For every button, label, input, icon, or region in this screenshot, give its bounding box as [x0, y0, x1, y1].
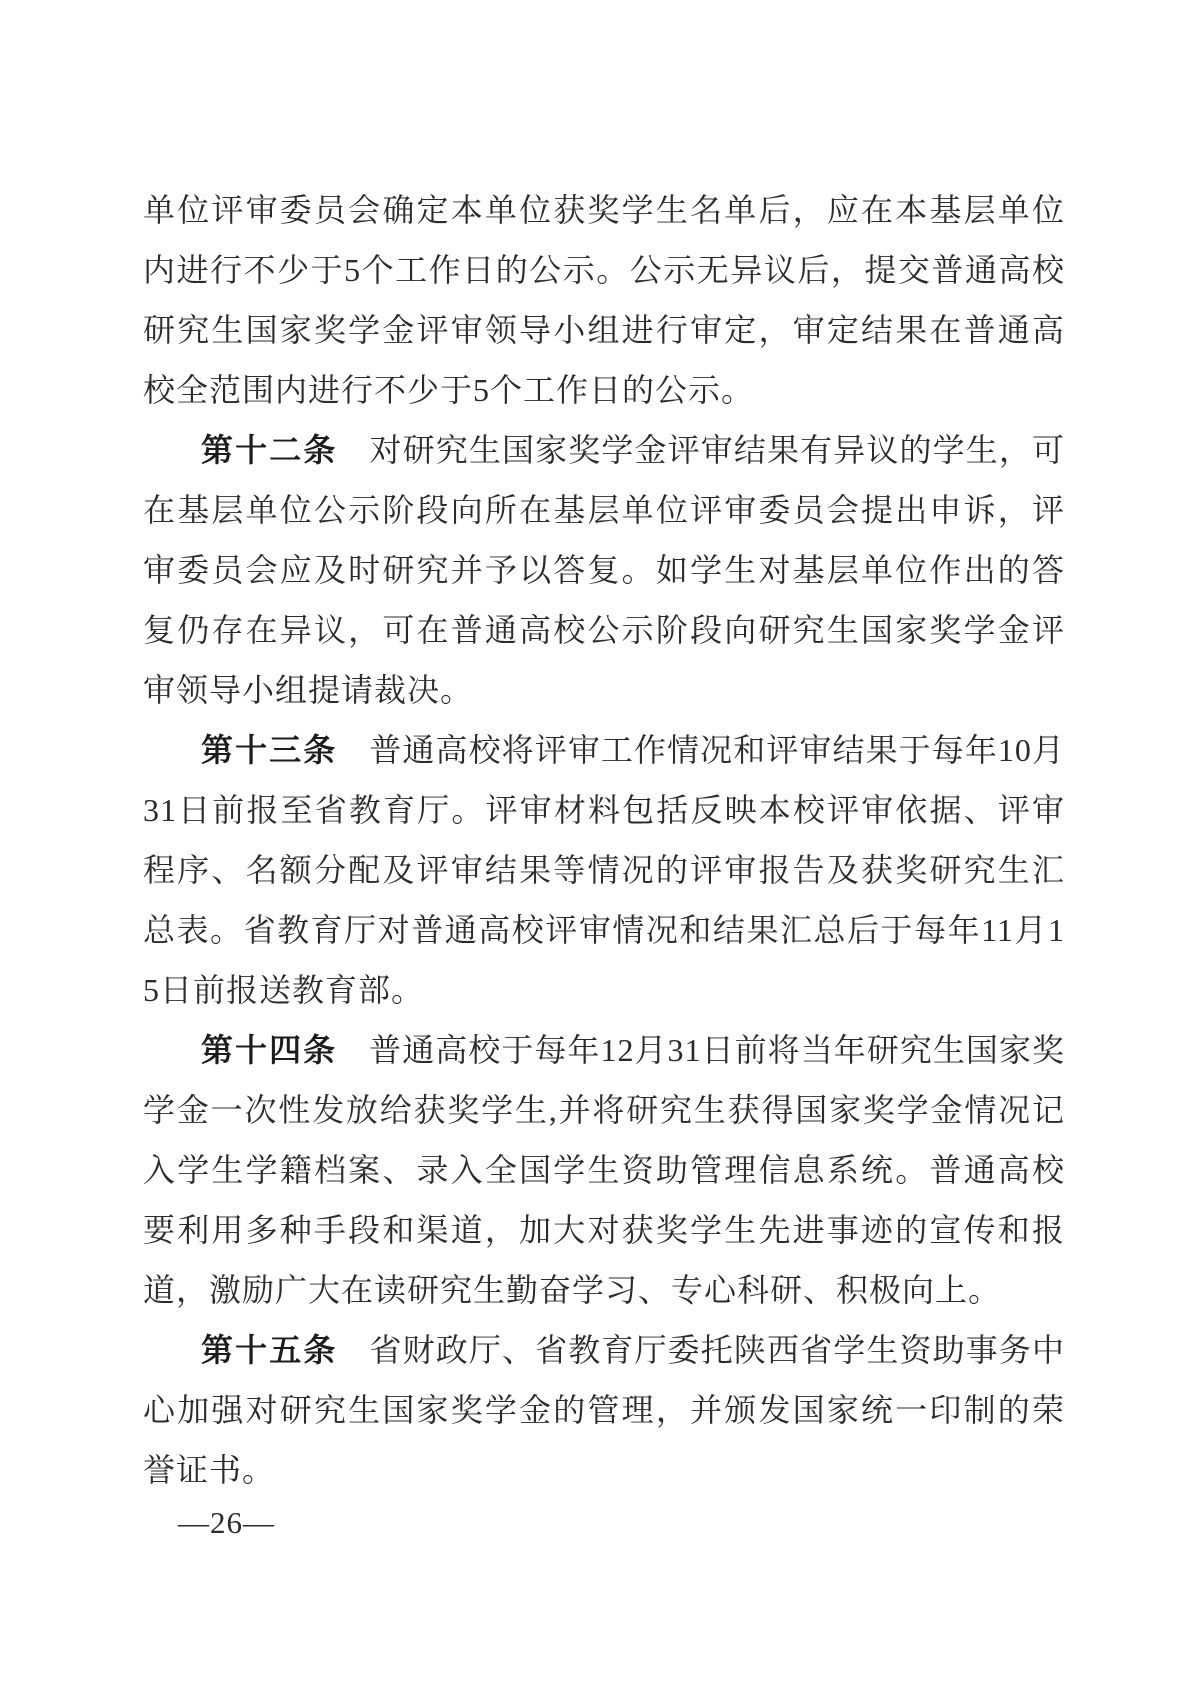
article-number: 第十三条: [201, 732, 337, 768]
document-body: 单位评审委员会确定本单位获奖学生名单后，应在本基层单位内进行不少于5个工作日的公…: [143, 180, 1065, 1500]
page-number: —26—: [178, 1505, 275, 1541]
paragraph-text: 单位评审委员会确定本单位获奖学生名单后，应在本基层单位内进行不少于5个工作日的公…: [143, 192, 1065, 408]
paragraph-article-13: 第十三条普通高校将评审工作情况和评审结果于每年10月31日前报至省教育厅。评审材…: [143, 720, 1065, 1020]
article-number: 第十五条: [201, 1332, 338, 1368]
paragraph-article-14: 第十四条普通高校于每年12月31日前将当年研究生国家奖学金一次性发放给获奖学生,…: [143, 1020, 1065, 1320]
paragraph-continuation: 单位评审委员会确定本单位获奖学生名单后，应在本基层单位内进行不少于5个工作日的公…: [143, 180, 1065, 420]
paragraph-article-15: 第十五条省财政厅、省教育厅委托陕西省学生资助事务中心加强对研究生国家奖学金的管理…: [143, 1320, 1065, 1500]
document-page: 单位评审委员会确定本单位获奖学生名单后，应在本基层单位内进行不少于5个工作日的公…: [0, 0, 1200, 1694]
article-number: 第十四条: [201, 1032, 337, 1068]
article-number: 第十二条: [201, 432, 338, 468]
paragraph-text: 对研究生国家奖学金评审结果有异议的学生，可在基层单位公示阶段向所在基层单位评审委…: [143, 432, 1065, 708]
paragraph-text: 普通高校将评审工作情况和评审结果于每年10月31日前报至省教育厅。评审材料包括反…: [143, 732, 1065, 1008]
paragraph-article-12: 第十二条对研究生国家奖学金评审结果有异议的学生，可在基层单位公示阶段向所在基层单…: [143, 420, 1065, 720]
paragraph-text: 普通高校于每年12月31日前将当年研究生国家奖学金一次性发放给获奖学生,并将研究…: [143, 1032, 1065, 1308]
